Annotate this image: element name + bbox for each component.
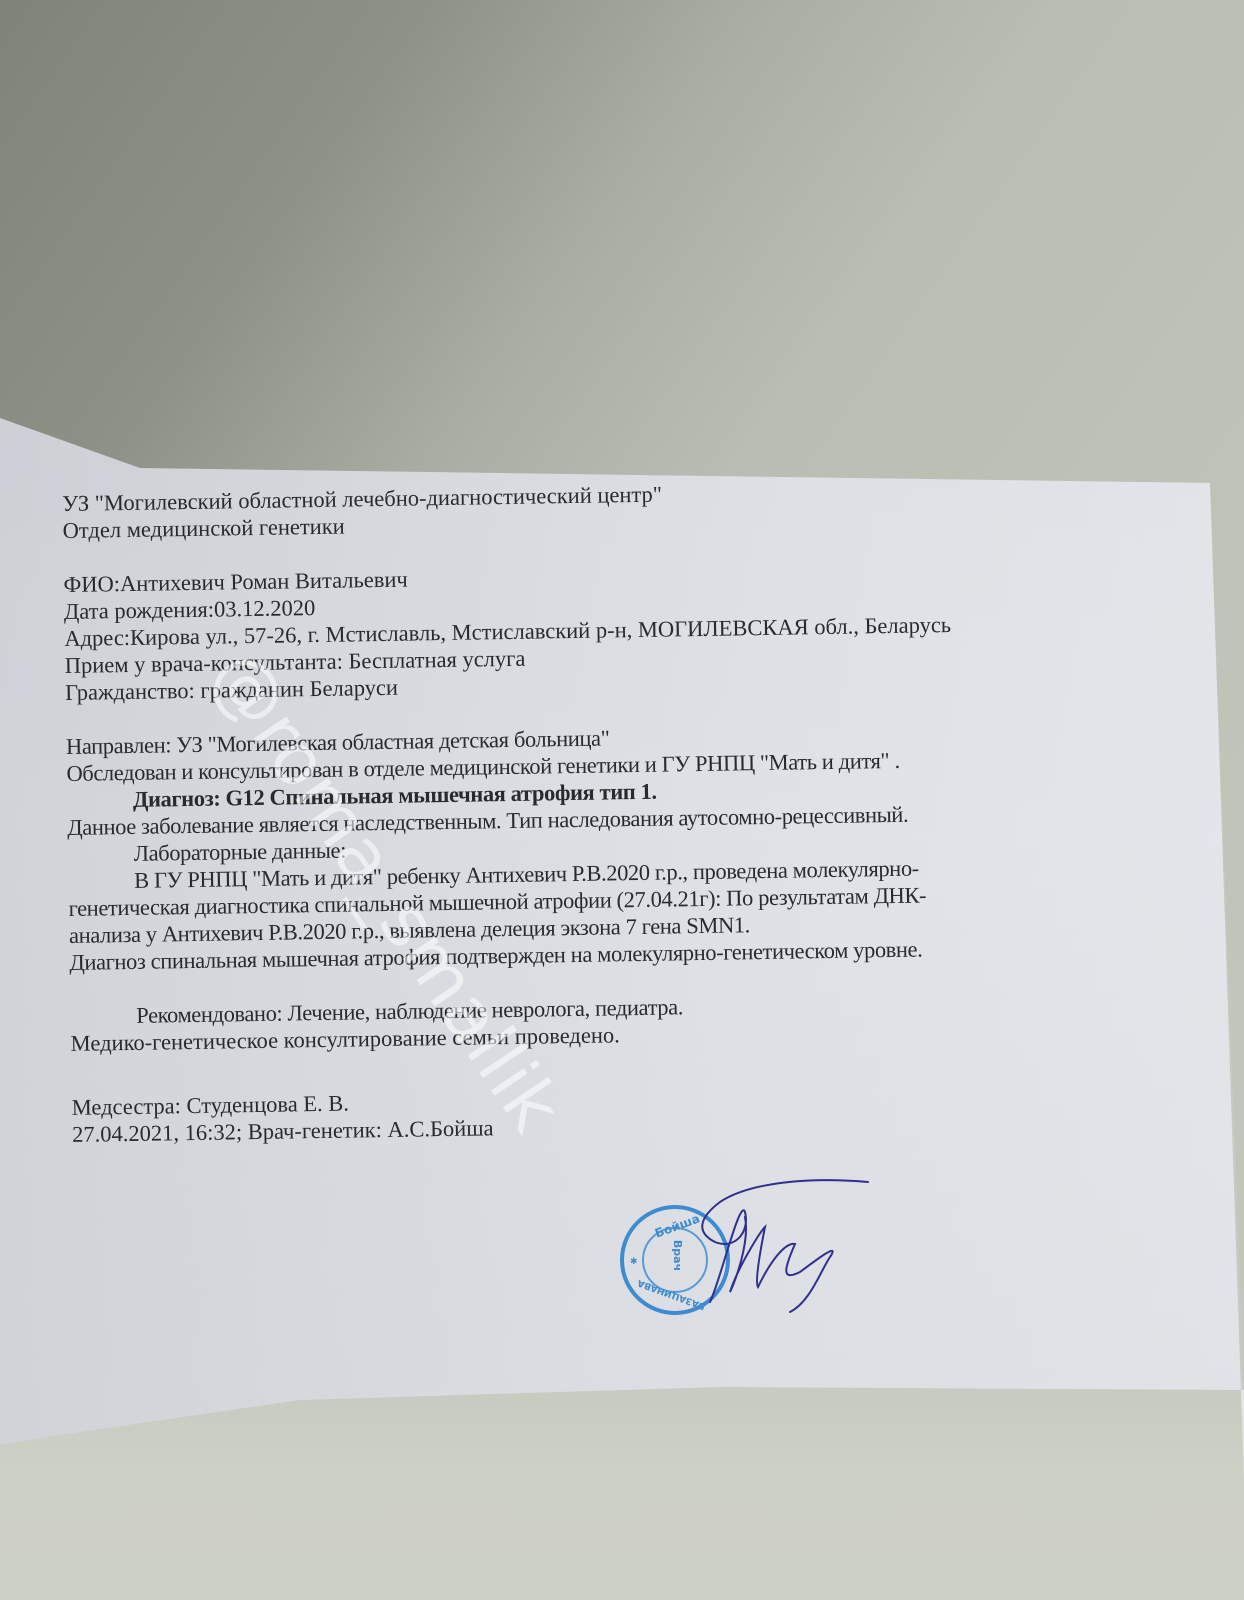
- signature-icon: [690, 1172, 870, 1322]
- stamp-center-text: Врач: [671, 1240, 684, 1271]
- stamp-star-icon: ✱: [630, 1257, 638, 1267]
- medical-document: УЗ "Могилевский областной лечебно-диагно…: [62, 472, 1192, 1148]
